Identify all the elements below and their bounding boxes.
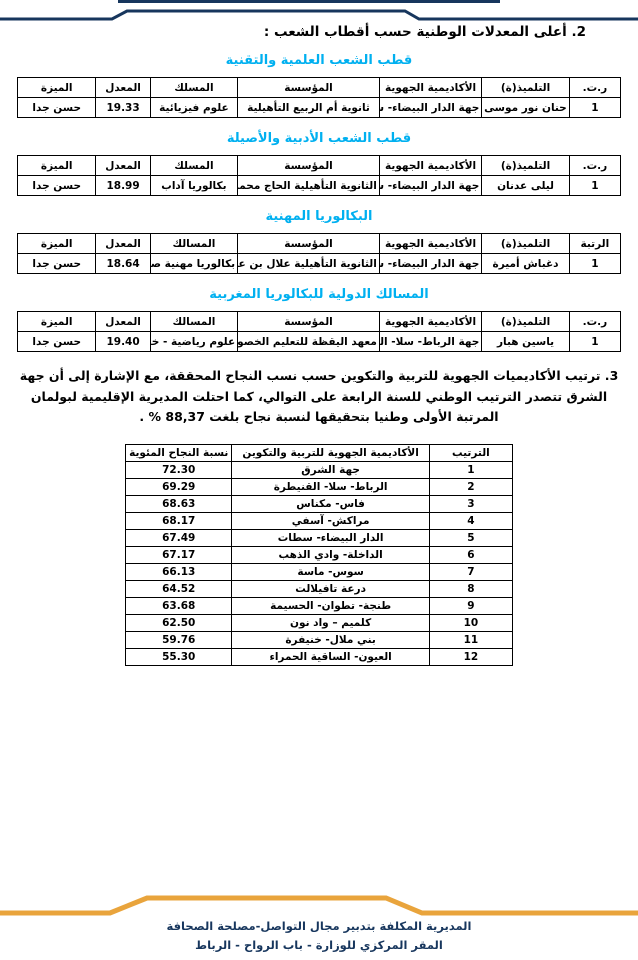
table-cell: 63.68 xyxy=(126,597,232,614)
table-cell: طنجة- تطوان- الحسيمة xyxy=(232,597,429,614)
table-professional-bac: الرتبةالتلميذ(ة)الأكاديمية الجهويةالمؤسس… xyxy=(17,233,621,274)
table-row: 1ليلى عدنانجهة الدار البيضاء- سطاتالثانو… xyxy=(18,176,621,196)
page-footer: المديرية المكلفة بتدبير مجال التواصل-مصل… xyxy=(0,891,638,960)
table-cell: حسن جدا xyxy=(18,332,96,352)
table-cell: علوم فيزيائية xyxy=(150,98,237,118)
table-cell: فاس- مكناس xyxy=(232,495,429,512)
table-cell: جهة الرباط- سلا- القنيطرة xyxy=(379,332,482,352)
table-row: 1جهة الشرق72.30 xyxy=(126,461,513,478)
top-border-line xyxy=(0,0,638,24)
column-header: المسلك xyxy=(150,156,237,176)
table-cell: 68.17 xyxy=(126,512,232,529)
table-cell: 69.29 xyxy=(126,478,232,495)
table-cell: 1 xyxy=(429,461,512,478)
column-header: ر.ت. xyxy=(569,312,620,332)
table-cell: 67.17 xyxy=(126,546,232,563)
column-header: الأكاديمية الجهوية للتربية والتكوين xyxy=(232,444,429,461)
table-cell: بني ملال- خنيفرة xyxy=(232,631,429,648)
column-header: الميزة xyxy=(18,78,96,98)
table-header-row: ر.ت.التلميذ(ة)الأكاديمية الجهويةالمؤسسةا… xyxy=(18,312,621,332)
column-header: ر.ت. xyxy=(569,78,620,98)
column-header: التلميذ(ة) xyxy=(482,78,569,98)
table-row: 3فاس- مكناس68.63 xyxy=(126,495,513,512)
table-row: 4مراكش- آسفي68.17 xyxy=(126,512,513,529)
table-cell: 59.76 xyxy=(126,631,232,648)
footer-line1: المديرية المكلفة بتدبير مجال التواصل-مصل… xyxy=(0,917,638,935)
table-cell: درعة تافيلالت xyxy=(232,580,429,597)
table-cell: 8 xyxy=(429,580,512,597)
table-cell: العيون- الساقية الحمراء xyxy=(232,648,429,665)
table-international-bac: ر.ت.التلميذ(ة)الأكاديمية الجهويةالمؤسسةا… xyxy=(17,311,621,352)
column-header: المسالك xyxy=(150,234,237,254)
table-header-row: الترتيبالأكاديمية الجهوية للتربية والتكو… xyxy=(126,444,513,461)
table-cell: حسن جدا xyxy=(18,98,96,118)
table-cell: حسن جدا xyxy=(18,254,96,274)
column-header: الميزة xyxy=(18,156,96,176)
table-row: 7سوس- ماسة66.13 xyxy=(126,563,513,580)
column-header: نسبة النجاح المئوية xyxy=(126,444,232,461)
table-header-row: الرتبةالتلميذ(ة)الأكاديمية الجهويةالمؤسس… xyxy=(18,234,621,254)
table-cell: 7 xyxy=(429,563,512,580)
table-cell: 11 xyxy=(429,631,512,648)
column-header: المسالك xyxy=(150,312,237,332)
table-cell: حسن جدا xyxy=(18,176,96,196)
table-cell: 68.63 xyxy=(126,495,232,512)
table-cell: مراكش- آسفي xyxy=(232,512,429,529)
heading-literary-pole: قطب الشعب الأدبية والأصيلة xyxy=(0,131,638,146)
table-literary-pole: ر.ت.التلميذ(ة)الأكاديمية الجهويةالمؤسسةا… xyxy=(17,155,621,196)
table-cell: الرباط- سلا- القنيطرة xyxy=(232,478,429,495)
heading-professional-bac: البكالوريا المهنية xyxy=(0,209,638,224)
column-header: التلميذ(ة) xyxy=(482,312,569,332)
table-cell: بكالوريا آداب xyxy=(150,176,237,196)
table-header-row: ر.ت.التلميذ(ة)الأكاديمية الجهويةالمؤسسةا… xyxy=(18,78,621,98)
table-cell: 66.13 xyxy=(126,563,232,580)
table-cell: ياسين هبار xyxy=(482,332,569,352)
table-cell: 18.99 xyxy=(96,176,150,196)
footer-line2: المقر المركزي للوزارة - باب الرواح - الر… xyxy=(0,936,638,960)
column-header: التلميذ(ة) xyxy=(482,156,569,176)
column-header: الرتبة xyxy=(569,234,620,254)
table-cell: 4 xyxy=(429,512,512,529)
table-row: 9طنجة- تطوان- الحسيمة63.68 xyxy=(126,597,513,614)
table-cell: 10 xyxy=(429,614,512,631)
table-cell: 5 xyxy=(429,529,512,546)
table-cell: 9 xyxy=(429,597,512,614)
table-cell: جهة الدار البيضاء- سطات xyxy=(379,254,482,274)
table-cell: جهة الدار البيضاء- سطات xyxy=(379,176,482,196)
column-header: المعدل xyxy=(96,234,150,254)
table-row: 6الداخلة- وادي الذهب67.17 xyxy=(126,546,513,563)
table-cell: 67.49 xyxy=(126,529,232,546)
table-cell: ثانوية أم الربيع التأهيلية xyxy=(238,98,380,118)
table-cell: 72.30 xyxy=(126,461,232,478)
table-academy-ranking: الترتيبالأكاديمية الجهوية للتربية والتكو… xyxy=(125,444,513,666)
column-header: الترتيب xyxy=(429,444,512,461)
table-cell: 2 xyxy=(429,478,512,495)
table-cell: دغباش أميرة xyxy=(482,254,569,274)
table-cell: الداخلة- وادي الذهب xyxy=(232,546,429,563)
table-row: 1حنان نور موسىجهة الدار البيضاء- سطاتثان… xyxy=(18,98,621,118)
table-row: 1دغباش أميرةجهة الدار البيضاء- سطاتالثان… xyxy=(18,254,621,274)
table-cell: بكالوريا مهنية صناعة الطيران xyxy=(150,254,237,274)
table-row: 2الرباط- سلا- القنيطرة69.29 xyxy=(126,478,513,495)
column-header: التلميذ(ة) xyxy=(482,234,569,254)
section2-title: 2. أعلى المعدلات الوطنية حسب أقطاب الشعب… xyxy=(0,24,586,40)
column-header: المؤسسة xyxy=(238,156,380,176)
footer-border-line xyxy=(0,891,638,919)
column-header: الميزة xyxy=(18,312,96,332)
table-cell: حنان نور موسى xyxy=(482,98,569,118)
table-cell: 18.64 xyxy=(96,254,150,274)
column-header: المسلك xyxy=(150,78,237,98)
table-cell: 62.50 xyxy=(126,614,232,631)
table-row: 11بني ملال- خنيفرة59.76 xyxy=(126,631,513,648)
table-cell: 55.30 xyxy=(126,648,232,665)
column-header: المعدل xyxy=(96,156,150,176)
table-cell: 64.52 xyxy=(126,580,232,597)
table-cell: الدار البيضاء- سطات xyxy=(232,529,429,546)
table-header-row: ر.ت.التلميذ(ة)الأكاديمية الجهويةالمؤسسةا… xyxy=(18,156,621,176)
table-cell: 19.33 xyxy=(96,98,150,118)
table-cell: 1 xyxy=(569,254,620,274)
table-cell: جهة الدار البيضاء- سطات xyxy=(379,98,482,118)
column-header: المؤسسة xyxy=(238,78,380,98)
column-header: المعدل xyxy=(96,312,150,332)
table-cell: جهة الشرق xyxy=(232,461,429,478)
column-header: ر.ت. xyxy=(569,156,620,176)
column-header: الأكاديمية الجهوية xyxy=(379,234,482,254)
table-cell: 3 xyxy=(429,495,512,512)
table-cell: 1 xyxy=(569,176,620,196)
table-cell: 1 xyxy=(569,332,620,352)
section3-paragraph: 3. ترتيب الأكاديميات الجهوية للتربية وال… xyxy=(14,366,624,428)
column-header: المؤسسة xyxy=(238,312,380,332)
table-row: 8درعة تافيلالت64.52 xyxy=(126,580,513,597)
table-cell: 1 xyxy=(569,98,620,118)
table-cell: سوس- ماسة xyxy=(232,563,429,580)
table-row: 5الدار البيضاء- سطات67.49 xyxy=(126,529,513,546)
heading-science-pole: قطب الشعب العلمية والتقنية xyxy=(0,53,638,68)
heading-international-bac: المسالك الدولية للبكالوريا المغربية xyxy=(0,287,638,302)
table-row: 1ياسين هبارجهة الرباط- سلا- القنيطرةمعهد… xyxy=(18,332,621,352)
column-header: الأكاديمية الجهوية xyxy=(379,78,482,98)
table-cell: 19.40 xyxy=(96,332,150,352)
table-cell: 12 xyxy=(429,648,512,665)
table-cell: علوم رياضية - خيار فرنسية xyxy=(150,332,237,352)
table-row: 10كلميم – واد نون62.50 xyxy=(126,614,513,631)
table-science-pole: ر.ت.التلميذ(ة)الأكاديمية الجهويةالمؤسسةا… xyxy=(17,77,621,118)
table-cell: كلميم – واد نون xyxy=(232,614,429,631)
table-cell: 6 xyxy=(429,546,512,563)
column-header: الأكاديمية الجهوية xyxy=(379,312,482,332)
document-page: 2. أعلى المعدلات الوطنية حسب أقطاب الشعب… xyxy=(0,0,638,960)
column-header: المؤسسة xyxy=(238,234,380,254)
table-cell: ليلى عدنان xyxy=(482,176,569,196)
table-row: 12العيون- الساقية الحمراء55.30 xyxy=(126,648,513,665)
table-cell: الثانوية التأهيلية الحاج محمد الناصري xyxy=(238,176,380,196)
table-cell: معهد اليقظة للتعليم الخصوصي xyxy=(238,332,380,352)
column-header: الميزة xyxy=(18,234,96,254)
column-header: الأكاديمية الجهوية xyxy=(379,156,482,176)
table-cell: الثانوية التأهيلية علال بن عبد الله xyxy=(238,254,380,274)
column-header: المعدل xyxy=(96,78,150,98)
